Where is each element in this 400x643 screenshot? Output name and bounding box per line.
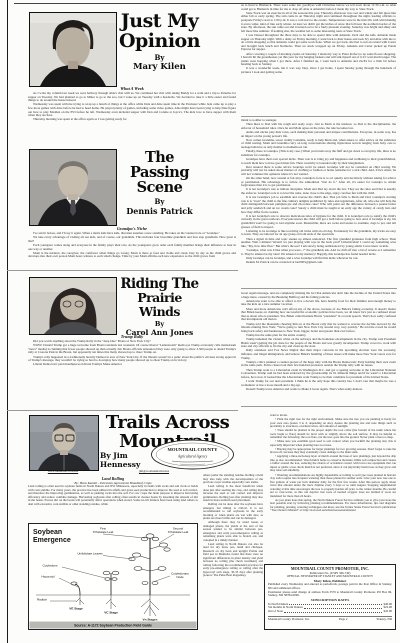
body-paragraph: • Plant the right tree for the right env… bbox=[270, 418, 396, 429]
body-paragraph: Liberal Democrats' paid mouthpieces ridi… bbox=[28, 363, 236, 367]
body-paragraph: Then a signal in time and topic sneaks u… bbox=[241, 238, 396, 249]
body-paragraph: Wednesday was spent with me trying to wr… bbox=[28, 103, 236, 117]
body-paragraph: others prefer the standing residue. Roll… bbox=[203, 474, 263, 485]
body-paragraph: Americans want to be able to afford to l… bbox=[241, 300, 396, 307]
body-paragraph: Then Trump went to a Libertarian event i… bbox=[241, 369, 396, 380]
body-paragraph: Rest assured there is some advice Grandp… bbox=[241, 166, 396, 177]
headline-line: Just My bbox=[116, 12, 203, 32]
body-paragraph: Trump told the thousands cheering him on… bbox=[241, 323, 396, 334]
body-paragraph: Now comes Grandma, sweet cuddly Grandma,… bbox=[241, 139, 396, 150]
article-subhead-grandpas-niche: Grandpa's Niche bbox=[28, 226, 236, 231]
headline-line: Opinion bbox=[116, 32, 203, 52]
opinion-left-column: As I write my column last week we were h… bbox=[28, 92, 236, 145]
masthead-footer-row: Mountrail County Promoter, Inc. Page 2 S… bbox=[268, 616, 392, 622]
section-divider bbox=[241, 116, 397, 117]
body-paragraph: I was blessed throughout the three days … bbox=[241, 34, 396, 52]
figure-label: Radicle bbox=[37, 598, 47, 602]
body-paragraph: Dennis M. Patrick can be contacted at ba… bbox=[241, 261, 396, 265]
figure-label: Hypocotyl bbox=[41, 575, 55, 579]
body-paragraph: Rally attendees told Fox News Digital th… bbox=[241, 349, 396, 360]
trails-website-link[interactable]: www.mountrail.co.nd.us bbox=[24, 470, 102, 474]
man-suit-headshot-illustration bbox=[30, 150, 116, 225]
figure-title-line: Soybean bbox=[33, 529, 62, 536]
woman-headshot-illustration bbox=[30, 13, 116, 86]
newspaper-page: Just My Opinion By Mary Kilen What A Wee… bbox=[0, 0, 400, 643]
body-paragraph: After covering a couple of morning event… bbox=[241, 53, 396, 67]
body-paragraph: It was a wonderful week, but it was way … bbox=[241, 67, 396, 74]
body-paragraph: • Trees should be planted at the proper … bbox=[270, 429, 396, 440]
trails-by-author: By Jim Hennessy bbox=[100, 452, 148, 469]
body-paragraph: As you plant trees this spring, the Nort… bbox=[270, 499, 396, 513]
article-subhead-what-a-week: What A Week bbox=[28, 86, 236, 91]
figure-title-line: Emergence bbox=[33, 537, 71, 544]
passing-scene-right-column: infant to toddler to teenager.Then there… bbox=[241, 119, 396, 285]
section-divider bbox=[241, 288, 397, 289]
section-divider bbox=[7, 270, 238, 271]
page-number: Page 2 bbox=[339, 618, 348, 622]
headline-the-passing-scene: The Passing Scene By Dennis Patrick bbox=[116, 150, 203, 216]
headline-line: Trails Across bbox=[100, 414, 235, 433]
body-paragraph: Land rolling is often used in soybean fi… bbox=[28, 485, 198, 506]
body-paragraph: Trump lamented the violent crime on the … bbox=[241, 338, 396, 349]
man-glasses-headshot-illustration bbox=[30, 416, 98, 470]
body-paragraph: • Watering recommendations are highly de… bbox=[270, 474, 396, 499]
by-label: By bbox=[116, 320, 203, 329]
body-paragraph: Land rolling is the most beneficial when… bbox=[203, 485, 263, 503]
by-label: By bbox=[116, 197, 203, 206]
body-paragraph: Land rolling in North Dakota can also be… bbox=[203, 543, 263, 578]
agency-oval-stamp-icon: MOUNTRAIL COUNTY Agricultural Agency bbox=[150, 439, 235, 470]
logo-text-line: MOUNTRAIL COUNTY bbox=[168, 447, 219, 452]
body-paragraph: Donald Trump loves America and wants to … bbox=[241, 388, 396, 392]
prairie-winds-left-column: Did you watch anything about the Trump R… bbox=[28, 340, 236, 406]
body-paragraph: Mom is the nurturer, the caregiver, the … bbox=[28, 252, 236, 259]
subscription-rate-row: Out of State$45.00 bbox=[268, 610, 392, 614]
figure-label: Cotyledons bbox=[42, 564, 58, 568]
figure-label: Trifoliolate Leaf bbox=[168, 530, 189, 534]
land-rolling-byline: By: Hans Kandel - Extension Agronomist B… bbox=[28, 481, 198, 485]
masthead-box: MOUNTRAIL COUNTY PROMOTER, INC. Publicat… bbox=[264, 564, 396, 630]
trails-middle-column: others prefer the standing residue. Roll… bbox=[203, 474, 263, 638]
section-divider bbox=[241, 406, 397, 407]
body-paragraph: It is not Grandpa's job to establish and… bbox=[241, 196, 396, 214]
mary-kilen-photo bbox=[29, 12, 117, 87]
mountrail-county-agency-logo: MOUNTRAIL COUNTY Agricultural Agency bbox=[150, 439, 235, 470]
body-paragraph: More and more Americans can't afford any… bbox=[241, 308, 396, 322]
by-label: By bbox=[116, 53, 203, 62]
body-paragraph: WOW! Donald Trump got a huge welcome fro… bbox=[28, 344, 236, 355]
passing-scene-left-column: I've said it before, and I'll say it aga… bbox=[28, 232, 236, 266]
soybean-growth-diagram: Soybean Emergence bbox=[28, 523, 198, 630]
dotted-leader bbox=[284, 611, 383, 613]
dotted-leader bbox=[304, 607, 383, 609]
dotted-leader bbox=[289, 603, 382, 605]
headline-line: Prairie Winds bbox=[116, 291, 203, 318]
body-paragraph: Thursday morning was spent at the office… bbox=[28, 118, 236, 122]
trails-email-link[interactable]: jim@co.mountrail.nd.us bbox=[108, 470, 200, 474]
rate-label: Out of State bbox=[268, 610, 283, 614]
prairie-winds-right-column: Great Again message, and are completely … bbox=[241, 292, 396, 404]
body-paragraph: State Track was an exercise in all of th… bbox=[241, 12, 396, 34]
body-paragraph: On the other hand, now around at fair pl… bbox=[241, 177, 396, 188]
body-paragraph: As I write my column last week we were h… bbox=[28, 92, 236, 103]
headline-line: Scene bbox=[116, 180, 203, 195]
page-left-edge-rule bbox=[7, 0, 9, 643]
figure-stage-label: Vn Stages bbox=[143, 618, 158, 622]
headline-just-my-opinion: Just My Opinion By Mary Kilen bbox=[116, 12, 203, 72]
headline-riding-the-prairie-winds: Riding The Prairie Winds By Carol Ann Jo… bbox=[116, 277, 203, 337]
logo-text-line: Agricultural Agency bbox=[177, 455, 208, 459]
author-name: Dennis Patrick bbox=[116, 206, 203, 216]
body-paragraph: Trump's critics planned a counter-protes… bbox=[241, 361, 396, 368]
masthead-footer-name: Mountrail County Promoter, Inc. bbox=[268, 618, 310, 622]
article-subhead-trump-rally: Trump Rally bbox=[28, 334, 236, 339]
headline-line: The Passing bbox=[116, 150, 203, 180]
author-name: Mary Kilen bbox=[116, 62, 203, 72]
woman-long-hair-headshot-illustration bbox=[30, 278, 116, 334]
body-paragraph: Rolling can be done after the soybeans h… bbox=[203, 503, 263, 521]
figure-label: Trifoliolate Leaf bbox=[93, 530, 114, 534]
jim-hennessy-photo bbox=[29, 415, 99, 471]
figure-stage-label: VC Stage bbox=[104, 611, 118, 615]
headline-line: Riding The bbox=[116, 277, 203, 291]
figure-label: Node bbox=[176, 575, 184, 579]
body-paragraph: It is not Grandpa's role to observe meti… bbox=[241, 215, 396, 229]
body-paragraph: Although there may be stand losses or da… bbox=[203, 521, 263, 542]
masthead-postmaster-info: Postmaster please send change of address… bbox=[268, 591, 392, 598]
author-name: Hennessy bbox=[100, 461, 148, 470]
section-divider bbox=[7, 410, 238, 411]
rate-price: $45.00 bbox=[383, 610, 392, 614]
trails-right-column: want to invest.• Plant the right tree fo… bbox=[270, 414, 396, 560]
opinion-right-column: us to head to Bismarck. There were some … bbox=[241, 4, 396, 114]
body-paragraph: • Applying a three-inch-deep layer of mu… bbox=[270, 455, 396, 473]
figure-label: Unifoliolate Leaves bbox=[77, 552, 103, 556]
soybean-emergence-figure: Soybean Emergence bbox=[28, 523, 198, 630]
trails-left-column: Land rolling is often used in soybean fi… bbox=[28, 485, 198, 522]
masthead-footer-city: Stanley, ND bbox=[376, 618, 392, 622]
dennis-patrick-photo bbox=[29, 149, 117, 226]
figure-stage-label: VE Stage bbox=[69, 607, 83, 611]
body-paragraph: Listening to be Grandpa is like receivin… bbox=[241, 230, 396, 237]
carol-ann-jones-photo bbox=[29, 277, 117, 335]
figure-source-caption: Source: A-1172 Soybean Production Field … bbox=[74, 624, 152, 628]
